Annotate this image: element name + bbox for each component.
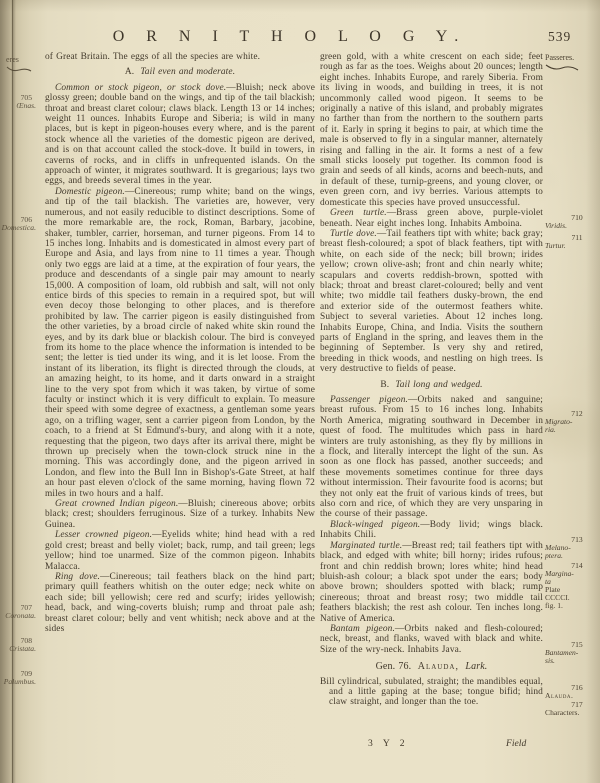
species-name: Ring dove.	[55, 572, 100, 582]
paragraph-text: of Great Britain. The eggs of all the sp…	[45, 52, 260, 62]
paragraph-text: Bill cylindrical, subulated, straight; t…	[320, 677, 543, 708]
species-description: —Bluish; neck above glossy green; double…	[45, 83, 315, 187]
margin-species-name: Viridis.	[545, 222, 599, 230]
paragraph-continuation: green gold, with a white crescent on eac…	[320, 52, 543, 208]
plate-ref-line: fig. 1.	[545, 602, 599, 610]
margin-note-coronata: 707 Coronata.	[5, 604, 36, 621]
section-title: Tail even and moderate.	[140, 67, 235, 77]
margin-species-name: Domestica.	[2, 224, 36, 232]
section-heading-b: B. Tail long and wedged.	[320, 380, 543, 390]
species-name: Great crowned Indian pigeon.	[55, 499, 178, 509]
species-name: Common or stock pigeon, or stock dove.	[55, 83, 226, 93]
species-paragraph-ring-dove: Ring dove.—Cinereous; tail feathers blac…	[45, 572, 315, 634]
right-column: green gold, with a white crescent on eac…	[320, 52, 543, 708]
margin-species-name: sis.	[545, 657, 599, 665]
margin-species-name: ptera.	[545, 552, 599, 560]
species-name: Passenger pigeon.	[330, 395, 408, 405]
species-paragraph-great-crowned-indian-pigeon: Great crowned Indian pigeon.—Bluish; cin…	[45, 499, 315, 530]
section-letter: A.	[125, 67, 134, 77]
margin-species-name: Coronata.	[5, 612, 36, 620]
species-description: —Breast red; tail feathers tipt with bla…	[320, 541, 543, 624]
margin-note-oenas: 705 Œnas.	[16, 94, 36, 111]
species-paragraph-marginated-turtle: Marginated turtle.—Breast red; tail feat…	[320, 541, 543, 624]
margin-label: Characters.	[545, 709, 599, 717]
margin-species-name: Œnas.	[16, 102, 36, 110]
species-paragraph-passenger-pigeon: Passenger pigeon.—Orbits naked and sangu…	[320, 395, 543, 520]
order-label-fragment: eres	[6, 55, 32, 72]
species-description: —Tail feathers tipt with white; back gra…	[320, 229, 543, 374]
margin-species-name: Palumbus.	[4, 678, 36, 686]
paragraph-text: green gold, with a white crescent on eac…	[320, 52, 543, 208]
genus-common-name: Lark.	[465, 661, 487, 672]
left-column: of Great Britain. The eggs of all the sp…	[45, 52, 315, 634]
species-description: —Cinereous; tail feathers black on the h…	[45, 572, 315, 634]
running-head: O R N I T H O L O G Y.	[60, 28, 520, 46]
genus-prefix: Gen. 76.	[376, 661, 412, 672]
left-margin-notes: eres 705 Œnas. 706 Domestica. 707 Corona…	[0, 0, 39, 783]
section-title: Tail long and wedged.	[395, 380, 482, 390]
margin-note-plate-ref: Plate CCCCI. fig. 1.	[545, 586, 599, 611]
top-edge-shadow	[0, 0, 600, 12]
margin-note-cristata: 708 Cristata.	[9, 637, 36, 654]
section-letter: B.	[380, 380, 389, 390]
genus-name: Alauda,	[418, 661, 459, 672]
genus-characters-paragraph: Bill cylindrical, subulated, straight; t…	[320, 677, 543, 708]
species-name: Marginated turtle.	[330, 541, 402, 551]
right-margin-notes: Passeres. 710 Viridis. 711 Turtur. 712 M…	[545, 0, 599, 783]
species-paragraph-lesser-crowned-pigeon: Lesser crowned pigeon.—Eyelids white; hi…	[45, 530, 315, 572]
species-paragraph-black-winged-pigeon: Black-winged pigeon.—Body livid; wings b…	[320, 520, 543, 541]
species-description: —Orbits naked and sanguine; breast rufou…	[320, 395, 543, 519]
species-paragraph-common-stock-pigeon: Common or stock pigeon, or stock dove.—B…	[45, 83, 315, 187]
species-name: Green turtle.	[330, 208, 387, 218]
margin-note-characters: 717 Characters.	[545, 701, 599, 717]
margin-species-name: ria.	[545, 426, 599, 434]
margin-note-migratoria: 712 Migrato- ria.	[545, 410, 599, 435]
margin-note-bantamensis: 715 Bantamen- sis.	[545, 641, 599, 666]
margin-note-turtur: 711 Turtur.	[545, 234, 599, 250]
margin-species-name: Margina-	[545, 570, 599, 578]
brace-icon	[545, 63, 579, 71]
species-paragraph-green-turtle: Green turtle.—Brass green above, purple-…	[320, 208, 543, 229]
page-edge-line	[12, 0, 13, 783]
brace-icon	[6, 65, 32, 72]
margin-note-melanoptera: 713 Melano- ptera.	[545, 536, 599, 561]
order-label: Passeres.	[545, 53, 579, 71]
order-label-text: Passeres.	[545, 53, 574, 62]
species-name: Black-winged pigeon.	[330, 520, 420, 530]
catchword: Field	[506, 738, 526, 749]
signature-mark: 3 Y 2	[368, 738, 409, 749]
margin-note-viridis: 710 Viridis.	[545, 214, 599, 230]
margin-note-marginata: 714 Margina- ta	[545, 562, 599, 587]
paragraph-continuation: of Great Britain. The eggs of all the sp…	[45, 52, 315, 62]
species-name: Turtle dove.	[330, 229, 377, 239]
margin-note-palumbus: 709 Palumbus.	[4, 670, 36, 687]
species-name: Lesser crowned pigeon.	[55, 530, 152, 540]
species-paragraph-bantam-pigeon: Bantam pigeon.—Orbits naked and flesh-co…	[320, 624, 543, 655]
genus-heading-alauda: Gen. 76. Alauda, Lark.	[320, 662, 543, 672]
margin-note-alauda: 716 Alauda.	[545, 684, 599, 700]
margin-species-name: Cristata.	[9, 645, 36, 653]
species-name: Bantam pigeon.	[330, 624, 395, 634]
species-paragraph-domestic-pigeon: Domestic pigeon.—Cinereous; rump white; …	[45, 187, 315, 499]
section-heading-a: A. Tail even and moderate.	[45, 67, 315, 77]
margin-species-name: Turtur.	[545, 242, 599, 250]
species-paragraph-turtle-dove: Turtle dove.—Tail feathers tipt with whi…	[320, 229, 543, 375]
margin-note-domestica: 706 Domestica.	[2, 216, 36, 233]
species-name: Domestic pigeon.	[55, 187, 125, 197]
book-page: O R N I T H O L O G Y. 539 of Great Brit…	[0, 0, 600, 783]
species-description: —Cinereous; rump white; band on the wing…	[45, 187, 315, 499]
